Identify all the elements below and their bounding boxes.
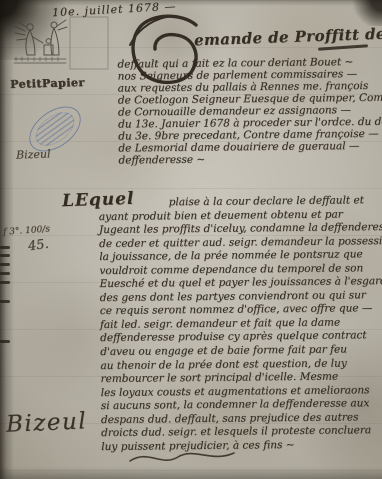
margin-clerk-note: Bizeul xyxy=(16,147,51,161)
fiscal-stamp-label: PetitPapier xyxy=(10,76,85,91)
paragraph-demande: deffault qui a fait ez la cour deriant B… xyxy=(117,55,382,166)
signature-bizeul: Bizeul xyxy=(5,408,87,438)
closing-flourish xyxy=(128,447,238,469)
fiscal-stamp-engraving-icon xyxy=(8,13,112,75)
manuscript-page: 10e. juillet 1678 — PetitPapier emande d… xyxy=(0,0,382,479)
manuscript-line: deffenderesse ~ xyxy=(118,151,382,166)
flourish-dash xyxy=(318,44,368,50)
dark-corner-top-right xyxy=(348,0,382,26)
archive-ink-stamp-text xyxy=(30,106,81,153)
